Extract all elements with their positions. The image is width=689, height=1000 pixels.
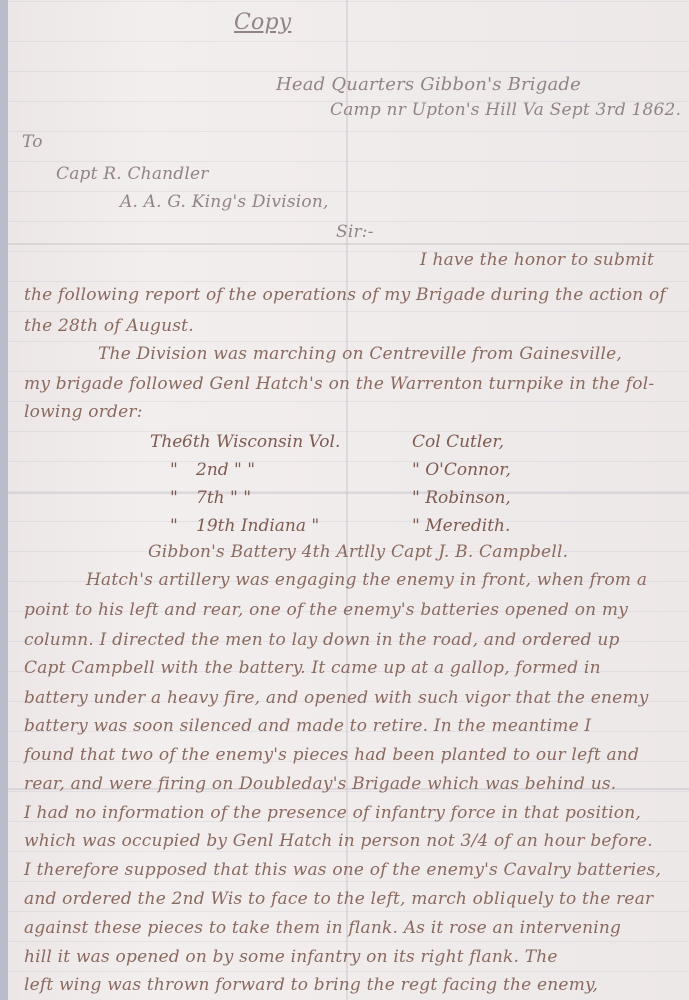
narrative-line: and ordered the 2nd Wis to face to the l… [24,889,653,909]
body-line: I have the honor to submit [420,250,654,270]
greeting: Sir:- [336,222,374,242]
heading-line-2: Camp nr Upton's Hill Va Sept 3rd 1862. [330,100,681,120]
heading-line-1: Head Quarters Gibbon's Brigade [276,74,581,95]
roster-regiment: 19th Indiana " [196,516,319,536]
narrative-line: left wing was thrown forward to bring th… [24,975,598,995]
narrative-line: column. I directed the men to lay down i… [24,630,620,650]
body-line: the following report of the operations o… [24,285,666,305]
narrative-line: against these pieces to take them in fla… [24,918,621,938]
roster-row: " 2nd " " " O'Connor, [150,460,570,484]
body-line: The Division was marching on Centreville… [98,344,622,364]
recipient-name: Capt R. Chandler [56,164,209,184]
narrative-line: I therefore supposed that this was one o… [24,860,661,880]
roster-commander: " O'Connor, [412,460,511,480]
copy-mark: Copy [234,10,291,35]
body-line: my brigade followed Genl Hatch's on the … [24,374,654,394]
roster-regiment: 6th Wisconsin Vol. [182,432,340,452]
recipient-title: A. A. G. King's Division, [120,192,329,212]
narrative-line: I had no information of the presence of … [24,803,641,823]
narrative-line: battery was soon silenced and made to re… [24,716,591,736]
roster-row: " 19th Indiana " " Meredith. [150,516,570,540]
roster-row: " 7th " " " Robinson, [150,488,570,512]
body-line: the 28th of August. [24,316,194,336]
roster-commander: " Robinson, [412,488,511,508]
roster-prefix: " [170,488,178,508]
body-line: lowing order: [24,402,143,422]
narrative-line: which was occupied by Genl Hatch in pers… [24,831,653,851]
roster-regiment: 7th " " [196,488,251,508]
narrative-line: rear, and were firing on Doubleday's Bri… [24,774,616,794]
roster-commander: " Meredith. [412,516,510,536]
roster-prefix: " [170,460,178,480]
narrative-line: Hatch's artillery was engaging the enemy… [86,570,647,590]
narrative-line: hill it was opened on by some infantry o… [24,947,558,967]
roster-regiment: 2nd " " [196,460,255,480]
salutation-to: To [22,132,43,152]
roster-commander: Col Cutler, [412,432,504,452]
roster-prefix: The [150,432,182,452]
roster-row: The 6th Wisconsin Vol. Col Cutler, [150,432,570,456]
narrative-line: found that two of the enemy's pieces had… [24,745,639,765]
narrative-line: Capt Campbell with the battery. It came … [24,658,601,678]
battery-line: Gibbon's Battery 4th Artlly Capt J. B. C… [148,542,568,562]
roster-prefix: " [170,516,178,536]
narrative-line: battery under a heavy fire, and opened w… [24,688,649,708]
narrative-line: point to his left and rear, one of the e… [24,600,628,620]
letter-page: Copy Head Quarters Gibbon's Brigade Camp… [8,0,689,1000]
horizontal-fold-crease [8,243,689,245]
